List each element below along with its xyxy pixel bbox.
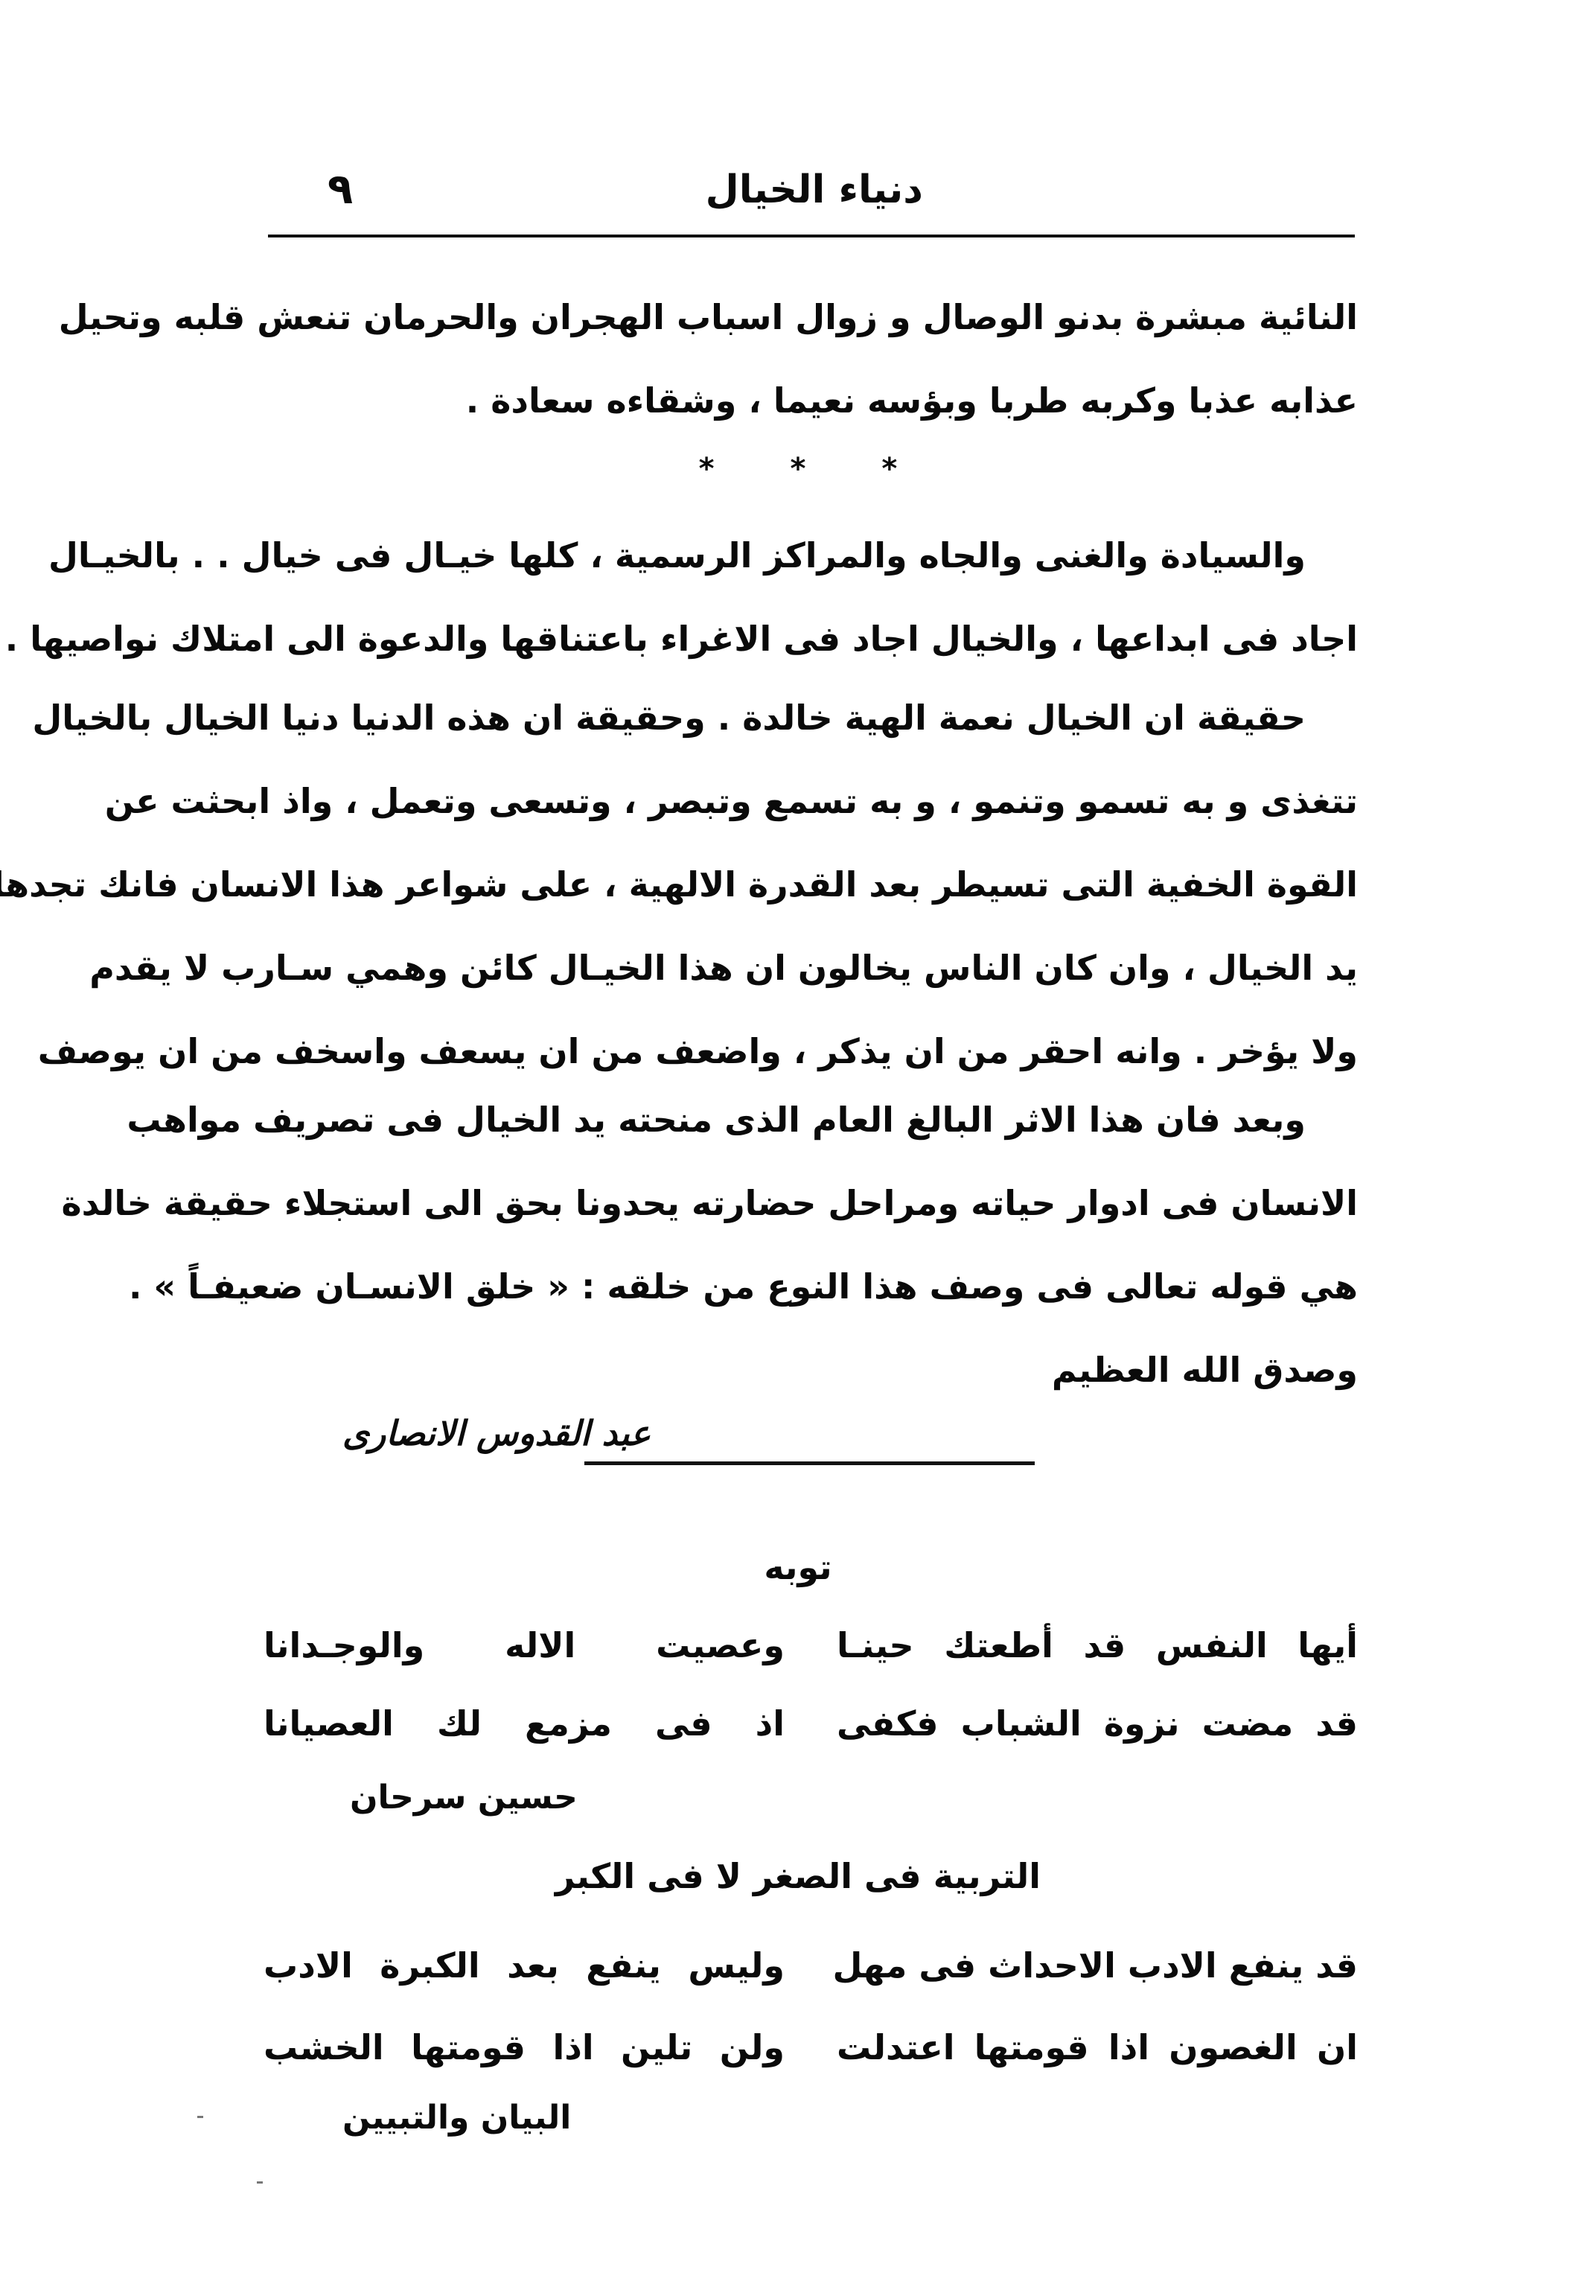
asterisk: *	[881, 447, 897, 491]
text-line: يد الخيال ، وان كان الناس يخالون ان هذا …	[264, 926, 1358, 1010]
asterism-separator: * * *	[0, 447, 1596, 491]
text-line: والسيادة والغنى والجاه والمراكز الرسمية …	[264, 514, 1358, 597]
page-number: ٩	[328, 156, 353, 223]
verse: قد مضت نزوة الشباب فكفى اذ فى مزمع لك ال…	[264, 1686, 1358, 1761]
poet-attribution: حسين سرحان	[350, 1768, 578, 1828]
verse: ان الغصون اذا قومتها اعتدلت ولن تلين اذا…	[264, 2010, 1358, 2085]
page-header-title: دنياء الخيال	[706, 156, 923, 223]
running-header: دنياء الخيال ٩	[268, 156, 1355, 223]
verse-second-hemistich: اذ فى مزمع لك العصيانا	[264, 1686, 785, 1761]
verse-first-hemistich: أيها النفس قد أطعتك حينـا	[837, 1608, 1358, 1683]
text-line: النائية مبشرة بدنو الوصال و زوال اسباب ا…	[264, 275, 1358, 359]
text-line: وصدق الله العظيم	[264, 1328, 1358, 1412]
source-attribution: البيان والتبيين	[342, 2088, 571, 2148]
verse-first-hemistich: قد ينفع الادب الاحداث فى مهل	[837, 1928, 1358, 2003]
verse: أيها النفس قد أطعتك حينـا وعصيت الاله وا…	[264, 1608, 1358, 1683]
text-line: اجاد فى ابداعها ، والخيال اجاد فى الاغرا…	[264, 597, 1358, 680]
header-divider	[268, 235, 1355, 237]
text-line: الانسان فى ادوار حياته ومراحل حضارته يحد…	[264, 1161, 1358, 1245]
author-signature: عبد القدوس الانصارى	[342, 1403, 651, 1463]
verse-second-hemistich: وعصيت الاله والوجـدانا	[264, 1608, 785, 1683]
paragraph-2: والسيادة والغنى والجاه والمراكز الرسمية …	[264, 514, 1358, 680]
paragraph-3: حقيقة ان الخيال نعمة الهية خالدة . وحقيق…	[264, 676, 1358, 1093]
text-line: وبعد فان هذا الاثر البالغ العام الذى منح…	[264, 1078, 1358, 1161]
text-line: هي قوله تعالى فى وصف هذا النوع من خلقه :…	[264, 1245, 1358, 1328]
poem-title: توبه	[0, 1537, 1596, 1597]
poem-title: التربية فى الصغر لا فى الكبر	[0, 1846, 1596, 1906]
scan-speck	[197, 2116, 203, 2118]
text-line: القوة الخفية التى تسيطر بعد القدرة الاله…	[264, 843, 1358, 926]
section-divider	[584, 1461, 1035, 1465]
paragraph-1: النائية مبشرة بدنو الوصال و زوال اسباب ا…	[264, 275, 1358, 442]
verse: قد ينفع الادب الاحداث فى مهل وليس ينفع ب…	[264, 1928, 1358, 2003]
verse-second-hemistich: وليس ينفع بعد الكبرة الادب	[264, 1928, 785, 2003]
asterisk: *	[699, 447, 715, 491]
text-line: عذابه عذبا وكربه طربا وبؤسه نعيما ، وشقا…	[264, 359, 1358, 442]
text-line: حقيقة ان الخيال نعمة الهية خالدة . وحقيق…	[264, 676, 1358, 759]
verse-first-hemistich: قد مضت نزوة الشباب فكفى	[837, 1686, 1358, 1761]
asterisk: *	[791, 447, 806, 491]
verse-second-hemistich: ولن تلين اذا قومتها الخشب	[264, 2010, 785, 2085]
book-page: دنياء الخيال ٩ النائية مبشرة بدنو الوصال…	[0, 0, 1596, 2296]
paragraph-4: وبعد فان هذا الاثر البالغ العام الذى منح…	[264, 1078, 1358, 1412]
text-line: تتغذى و به تسمو وتنمو ، و به تسمع وتبصر …	[264, 759, 1358, 843]
scan-speck	[257, 2181, 263, 2184]
verse-first-hemistich: ان الغصون اذا قومتها اعتدلت	[837, 2010, 1358, 2085]
